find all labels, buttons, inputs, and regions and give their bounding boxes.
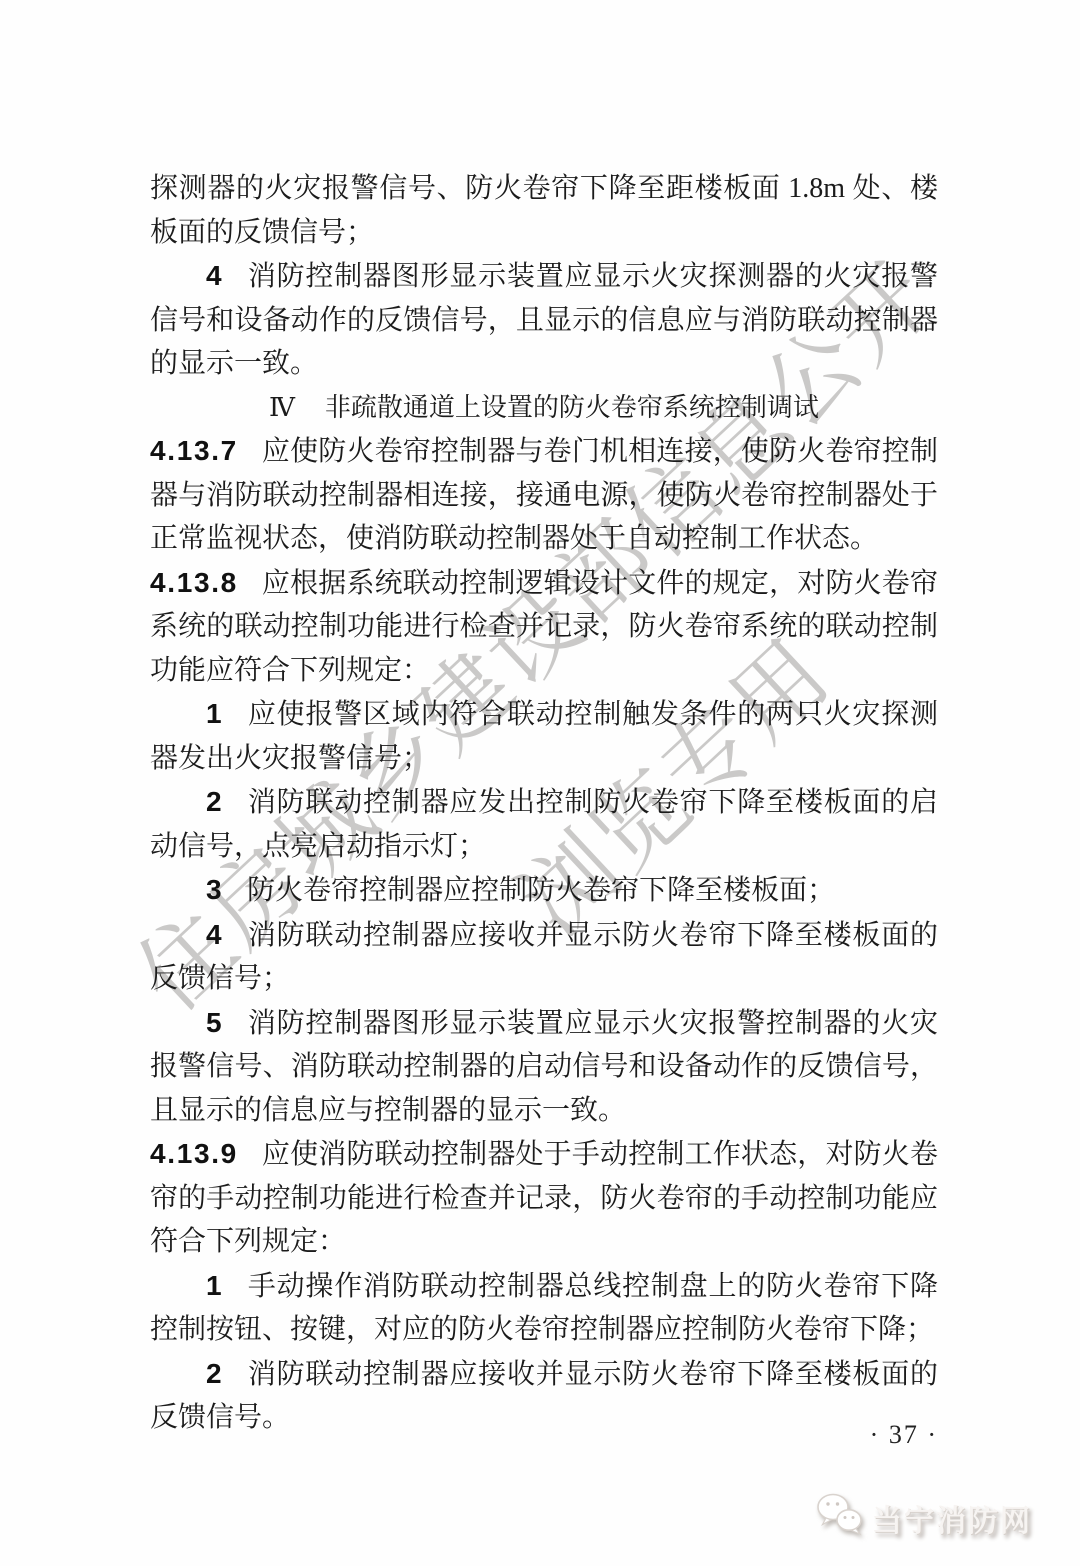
item-number: 1: [206, 1270, 223, 1301]
text-column: 探测器的火灾报警信号、防火卷帘下降至距楼板面 1.8m 处、楼板面的反馈信号； …: [150, 167, 938, 1440]
paragraph-continuation: 探测器的火灾报警信号、防火卷帘下降至距楼板面 1.8m 处、楼板面的反馈信号；: [150, 167, 938, 254]
footer-logo: 当宁消防网: [815, 1492, 1032, 1543]
clause-4-13-7: 4.13.7应使防火卷帘控制器与卷门机相连接，使防火卷帘控制器与消防联动控制器相…: [150, 429, 938, 561]
item-number: 3: [206, 874, 223, 905]
list-item-1: 1应使报警区域内符合联动控制触发条件的两只火灾探测器发出火灾报警信号；: [150, 692, 938, 780]
item-text: 消防控制器图形显示装置应显示火灾探测器的火灾报警信号和设备动作的反馈信号，且显示…: [150, 261, 938, 379]
wechat-bubbles-icon: [815, 1492, 865, 1543]
clause-text: 应根据系统联动控制逻辑设计文件的规定，对防火卷帘系统的联动控制功能进行检查并记录…: [150, 568, 938, 686]
list-item-3: 3防火卷帘控制器应控制防火卷帘下降至楼板面；: [150, 868, 938, 913]
footer-logo-text: 当宁消防网: [872, 1496, 1032, 1540]
list-item-2: 2消防联动控制器应发出控制防火卷帘下降至楼板面的启动信号，点亮启动指示灯；: [150, 780, 938, 868]
item-number: 2: [206, 1358, 223, 1389]
item-number: 2: [206, 786, 223, 817]
item-number: 5: [206, 1007, 223, 1038]
item-number: 4: [206, 260, 223, 291]
section-heading-text: 非疏散通道上设置的防火卷帘系统控制调试: [325, 393, 819, 422]
item-text: 消防联动控制器应接收并显示防火卷帘下降至楼板面的反馈信号；: [150, 920, 938, 995]
clause-number: 4.13.7: [150, 435, 238, 466]
clause-4-13-9: 4.13.9应使消防联动控制器处于手动控制工作状态，对防火卷帘的手动控制功能进行…: [150, 1132, 938, 1264]
paragraph-text: 探测器的火灾报警信号、防火卷帘下降至距楼板面 1.8m 处、楼板面的反馈信号；: [150, 173, 938, 248]
list-item-4b: 4消防联动控制器应接收并显示防火卷帘下降至楼板面的反馈信号；: [150, 913, 938, 1001]
section-heading-numeral: Ⅳ: [269, 393, 296, 422]
item-text: 消防联动控制器应发出控制防火卷帘下降至楼板面的启动信号，点亮启动指示灯；: [150, 787, 938, 862]
section-heading: Ⅳ非疏散通道上设置的防火卷帘系统控制调试: [150, 386, 938, 430]
clause-number: 4.13.8: [150, 567, 238, 598]
clause-text: 应使消防联动控制器处于手动控制工作状态，对防火卷帘的手动控制功能进行检查并记录，…: [150, 1139, 938, 1257]
list-item-4: 4消防控制器图形显示装置应显示火灾探测器的火灾报警信号和设备动作的反馈信号，且显…: [150, 254, 938, 386]
item-text: 手动操作消防联动控制器总线控制盘上的防火卷帘下降控制按钮、按键，对应的防火卷帘控…: [150, 1271, 938, 1346]
item-text: 应使报警区域内符合联动控制触发条件的两只火灾探测器发出火灾报警信号；: [150, 699, 938, 774]
list-item-5: 5消防控制器图形显示装置应显示火灾报警控制器的火灾报警信号、消防联动控制器的启动…: [150, 1001, 938, 1133]
clause-4-13-8: 4.13.8应根据系统联动控制逻辑设计文件的规定，对防火卷帘系统的联动控制功能进…: [150, 561, 938, 693]
item-number: 1: [206, 698, 223, 729]
clause-text: 应使防火卷帘控制器与卷门机相连接，使防火卷帘控制器与消防联动控制器相连接，接通电…: [150, 436, 938, 554]
list-item-1b: 1手动操作消防联动控制器总线控制盘上的防火卷帘下降控制按钮、按键，对应的防火卷帘…: [150, 1264, 938, 1352]
clause-number: 4.13.9: [150, 1138, 238, 1169]
document-page: 住房城乡建设部信息公开 浏览专用 探测器的火灾报警信号、防火卷帘下降至距楼板面 …: [0, 0, 1080, 1566]
item-number: 4: [206, 919, 223, 950]
page-number: · 37 ·: [150, 1420, 938, 1450]
item-text: 防火卷帘控制器应控制防火卷帘下降至楼板面；: [247, 875, 835, 906]
item-text: 消防控制器图形显示装置应显示火灾报警控制器的火灾报警信号、消防联动控制器的启动信…: [150, 1008, 938, 1126]
